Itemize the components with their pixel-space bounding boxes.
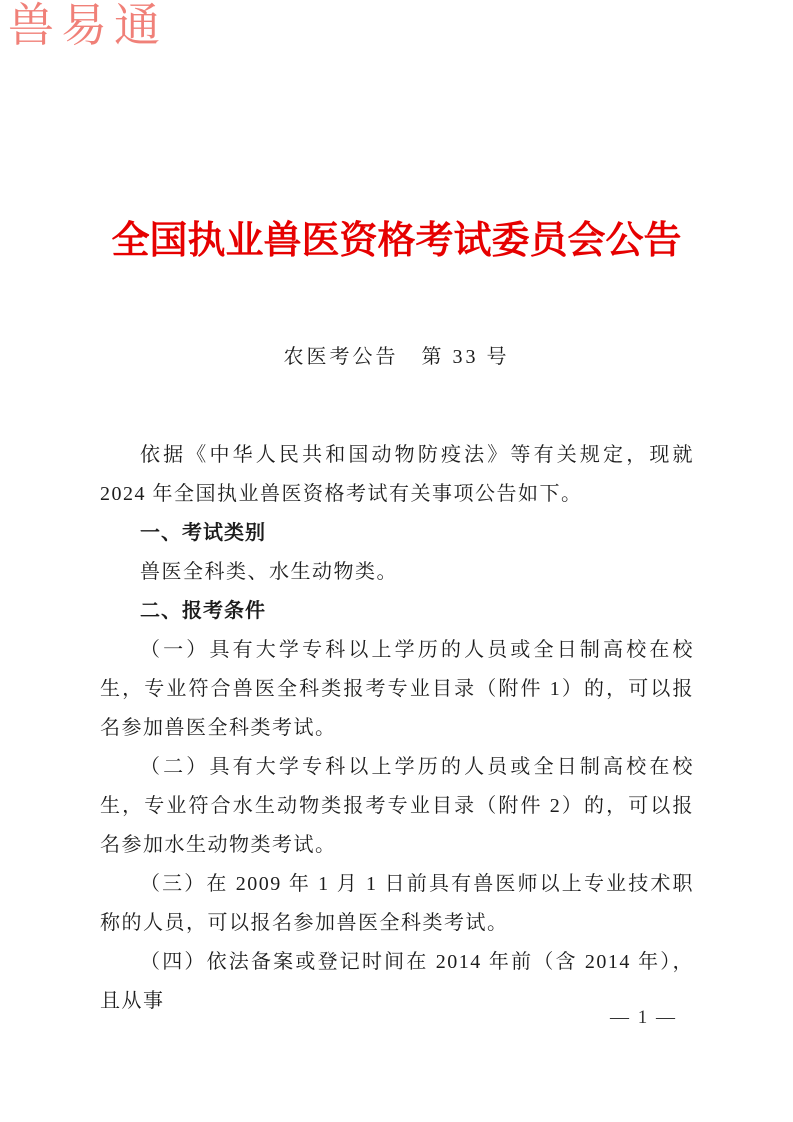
doc-number: 农医考公告 第 33 号 xyxy=(0,342,793,372)
document-page: 兽易通 全国执业兽医资格考试委员会公告 农医考公告 第 33 号 依据《中华人民… xyxy=(0,0,793,1122)
paragraph-condition-3: （三）在 2009 年 1 月 1 日前具有兽医师以上专业技术职称的人员，可以报… xyxy=(100,865,694,943)
paragraph-exam-categories: 兽医全科类、水生动物类。 xyxy=(100,553,694,592)
page-title: 全国执业兽医资格考试委员会公告 xyxy=(0,212,793,270)
section-heading-application-conditions: 二、报考条件 xyxy=(100,592,694,631)
paragraph-condition-2: （二）具有大学专科以上学历的人员或全日制高校在校生，专业符合水生动物类报考专业目… xyxy=(100,748,694,865)
watermark-logo-text: 兽易通 xyxy=(8,0,167,56)
paragraph-condition-4: （四）依法备案或登记时间在 2014 年前（含 2014 年），且从事 xyxy=(100,943,694,1021)
section-heading-exam-categories: 一、考试类别 xyxy=(100,514,694,553)
document-body: 依据《中华人民共和国动物防疫法》等有关规定，现就 2024 年全国执业兽医资格考… xyxy=(100,436,694,1021)
paragraph-condition-1: （一）具有大学专科以上学历的人员或全日制高校在校生，专业符合兽医全科类报考专业目… xyxy=(100,631,694,748)
page-number: — 1 — xyxy=(610,1003,677,1033)
paragraph-intro: 依据《中华人民共和国动物防疫法》等有关规定，现就 2024 年全国执业兽医资格考… xyxy=(100,436,694,514)
